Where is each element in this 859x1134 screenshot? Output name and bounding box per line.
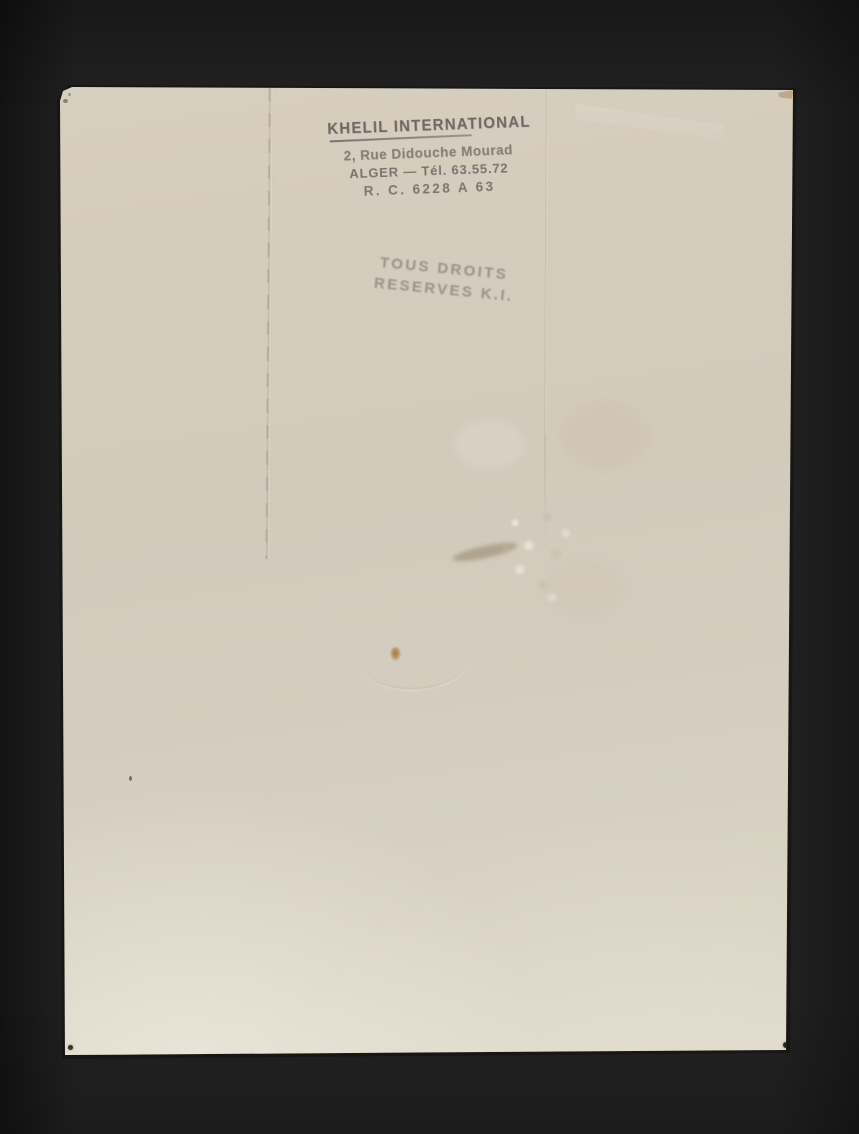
speck [129, 776, 132, 781]
crease-right [544, 90, 548, 435]
faint-blotch [455, 420, 525, 470]
speck [68, 93, 71, 96]
faint-blotch [560, 400, 650, 470]
surface-sheen [575, 92, 725, 152]
dealer-stamp-registry: R. C. 6228 A 63 [329, 178, 529, 200]
photo-scene: KHELIL INTERNATIONAL 2, Rue Didouche Mou… [0, 0, 859, 1134]
paper-damage-texture [492, 502, 584, 606]
pinhole [68, 1045, 73, 1050]
dealer-stamp: KHELIL INTERNATIONAL 2, Rue Didouche Mou… [327, 114, 530, 200]
rights-stamp: TOUS DROITS RESERVES K.I. [377, 252, 517, 307]
photo-card-back: KHELIL INTERNATIONAL 2, Rue Didouche Mou… [0, 0, 859, 1134]
corner-chip [778, 90, 794, 99]
dealer-stamp-name: KHELIL INTERNATIONAL [327, 113, 528, 138]
crease-left [266, 87, 272, 559]
speck [63, 99, 68, 103]
indentation-arc [361, 634, 467, 691]
